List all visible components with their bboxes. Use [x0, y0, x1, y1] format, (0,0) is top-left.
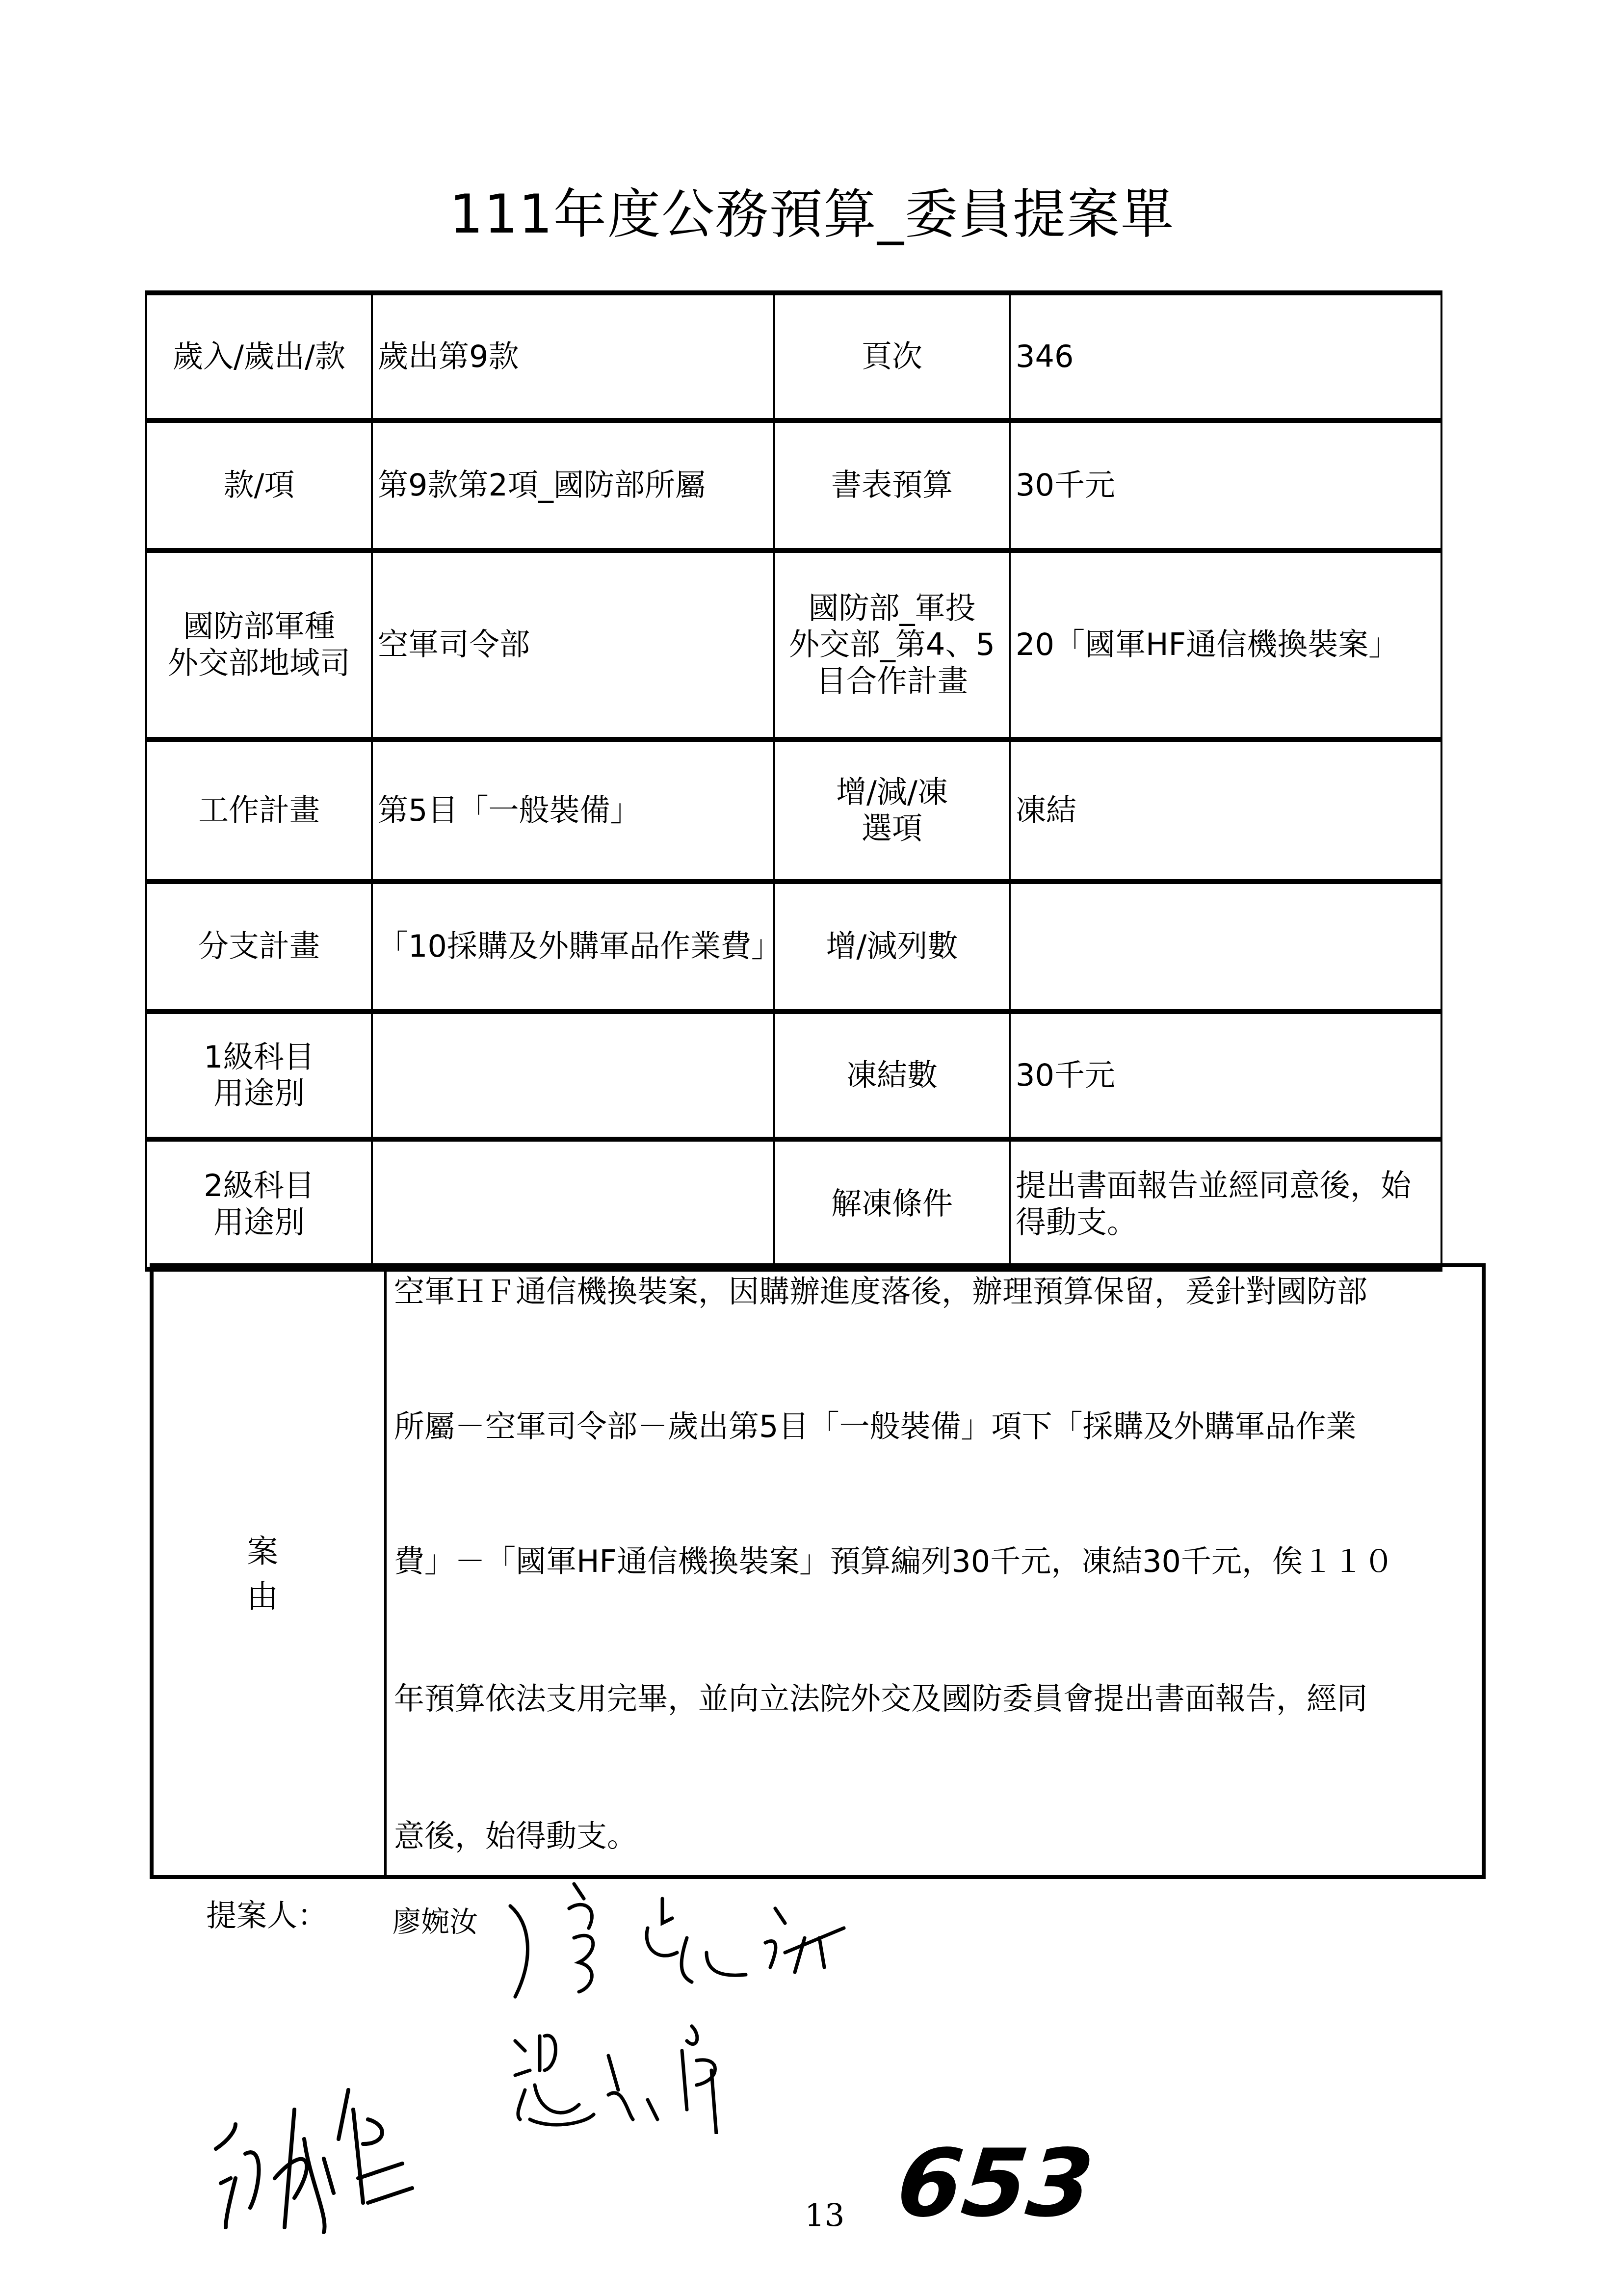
page-number: 13 — [805, 2198, 844, 2234]
label-section-item: 款/項 — [146, 420, 372, 550]
table-row: 國防部軍種 外交部地域司 空軍司令部 國防部_軍投 外交部_第4、5 目合作計畫… — [146, 550, 1441, 739]
label-budget-amount: 書表預算 — [774, 420, 1010, 550]
table-row: 1級科目 用途別 凍結數 30千元 — [146, 1012, 1441, 1139]
signature-wen — [510, 2021, 805, 2134]
table-row: 歲入/歲出/款 歲出第9款 頁次 346 — [146, 293, 1441, 420]
label-line: 用途別 — [152, 1075, 366, 1112]
value-cooperation-plan: 20「國軍HF通信機換裝案」 — [1010, 550, 1441, 739]
label-line: 增/減/凍 — [780, 774, 1004, 810]
reason-line: 年預算依法支用完畢，並向立法院外交及國防委員會提出書面報告，經同 — [394, 1674, 1367, 1718]
label-line: 選項 — [780, 810, 1004, 847]
reason-line: 所屬－空軍司令部－歲出第5目「一般裝備」項下「採購及外購軍品作業 — [394, 1402, 1356, 1446]
label-page: 頁次 — [774, 293, 1010, 420]
label-change-amount: 增/減列數 — [774, 882, 1010, 1012]
label-cooperation-plan: 國防部_軍投 外交部_第4、5 目合作計畫 — [774, 550, 1010, 739]
reason-line: 空軍ＨＦ通信機換裝案，因購辦進度落後，辦理預算保留，爰針對國防部 — [394, 1267, 1367, 1311]
label-action-option: 增/減/凍 選項 — [774, 739, 1010, 882]
label-unfreeze-condition: 解凍條件 — [774, 1139, 1010, 1269]
label-budget-category: 歲入/歲出/款 — [146, 293, 372, 420]
document-title: 111年度公務預算_委員提案單 — [0, 172, 1624, 248]
table-row: 分支計畫 「10採購及外購軍品作業費」 增/減列數 — [146, 882, 1441, 1012]
handwritten-number: 653 — [892, 2129, 1098, 2238]
value-budget-category: 歲出第9款 — [372, 293, 774, 420]
value-change-amount — [1010, 882, 1441, 1012]
label-military-branch: 國防部軍種 外交部地域司 — [146, 550, 372, 739]
label-line: 1級科目 — [152, 1039, 366, 1075]
value-sub-plan: 「10採購及外購軍品作業費」 — [372, 882, 774, 1012]
reason-line: 費」－「國軍HF通信機換裝案」預算編列30千元，凍結30千元，俟１１０ — [394, 1537, 1394, 1581]
signature-liao — [500, 1879, 873, 2007]
value-page: 346 — [1010, 293, 1441, 420]
value-frozen-amount: 30千元 — [1010, 1012, 1441, 1139]
table-row: 2級科目 用途別 解凍條件 提出書面報告並經同意後，始得動支。 — [146, 1139, 1441, 1269]
proposal-form-table: 歲入/歲出/款 歲出第9款 頁次 346 款/項 第9款第2項_國防部所屬 書表… — [145, 290, 1442, 1272]
value-level1-subject — [372, 1012, 774, 1139]
label-line: 用途別 — [152, 1204, 366, 1241]
value-section-item: 第9款第2項_國防部所屬 — [372, 420, 774, 550]
label-line: 外交部地域司 — [152, 645, 366, 681]
value-action-option: 凍結 — [1010, 739, 1441, 882]
label-frozen-amount: 凍結數 — [774, 1012, 1010, 1139]
reason-section: 案由 空軍ＨＦ通信機換裝案，因購辦進度落後，辦理預算保留，爰針對國防部 所屬－空… — [150, 1263, 1486, 1879]
value-military-branch: 空軍司令部 — [372, 550, 774, 739]
proposer-name: 廖婉汝 — [393, 1899, 478, 1940]
table-row: 工作計畫 第5目「一般裝備」 增/減/凍 選項 凍結 — [146, 739, 1441, 882]
label-level2-subject: 2級科目 用途別 — [146, 1139, 372, 1269]
signature-chiang — [206, 2080, 550, 2242]
label-line: 目合作計畫 — [780, 663, 1004, 700]
label-line: 國防部_軍投 — [780, 590, 1004, 626]
label-line: 國防部軍種 — [152, 608, 366, 645]
proposer-label: 提案人： — [206, 1891, 328, 1935]
value-work-plan: 第5目「一般裝備」 — [372, 739, 774, 882]
label-line: 外交部_第4、5 — [780, 626, 1004, 663]
label-sub-plan: 分支計畫 — [146, 882, 372, 1012]
reason-line: 意後，始得動支。 — [394, 1812, 637, 1855]
label-work-plan: 工作計畫 — [146, 739, 372, 882]
label-line: 2級科目 — [152, 1168, 366, 1204]
value-budget-amount: 30千元 — [1010, 420, 1441, 550]
table-row: 款/項 第9款第2項_國防部所屬 書表預算 30千元 — [146, 420, 1441, 550]
reason-label: 案由 — [154, 1267, 387, 1875]
value-unfreeze-condition: 提出書面報告並經同意後，始得動支。 — [1010, 1139, 1441, 1269]
label-level1-subject: 1級科目 用途別 — [146, 1012, 372, 1139]
value-level2-subject — [372, 1139, 774, 1269]
